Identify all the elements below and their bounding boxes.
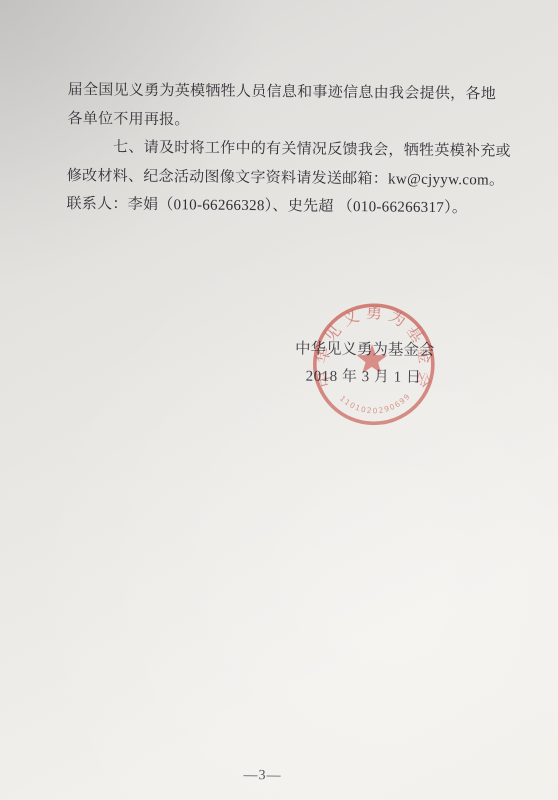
body-line-5: 联系人：李娟（010-66266328）、史先超 （010-66266317）。 xyxy=(66,190,502,223)
page-content: 届全国见义勇为英模牺牲人员信息和事迹信息由我会提供，各地 各单位不用再报。 七、… xyxy=(0,0,558,800)
body-line-2: 各单位不用再报。 xyxy=(67,105,503,138)
seal-star-icon xyxy=(357,344,388,373)
page-number: —3— xyxy=(0,765,542,787)
body-line-1: 届全国见义勇为英模牺牲人员信息和事迹信息由我会提供，各地 xyxy=(68,76,504,109)
seal-registration-number: 1101020290699 xyxy=(338,391,413,416)
body-line-4: 修改材料、纪念活动图像文字资料请发送邮箱：kw@cjyyw.com。 xyxy=(67,162,503,195)
official-seal: 中华见义勇为基金会 1101020290699 xyxy=(303,294,444,435)
scanned-document-page: 届全国见义勇为英模牺牲人员信息和事迹信息由我会提供，各地 各单位不用再报。 七、… xyxy=(0,0,558,800)
body-line-3: 七、请及时将工作中的有关情况反馈我会，牺牲英模补充或 xyxy=(67,133,503,166)
document-body: 届全国见义勇为英模牺牲人员信息和事迹信息由我会提供，各地 各单位不用再报。 七、… xyxy=(66,76,503,223)
seal-ring-text: 中华见义勇为基金会 xyxy=(313,303,436,395)
